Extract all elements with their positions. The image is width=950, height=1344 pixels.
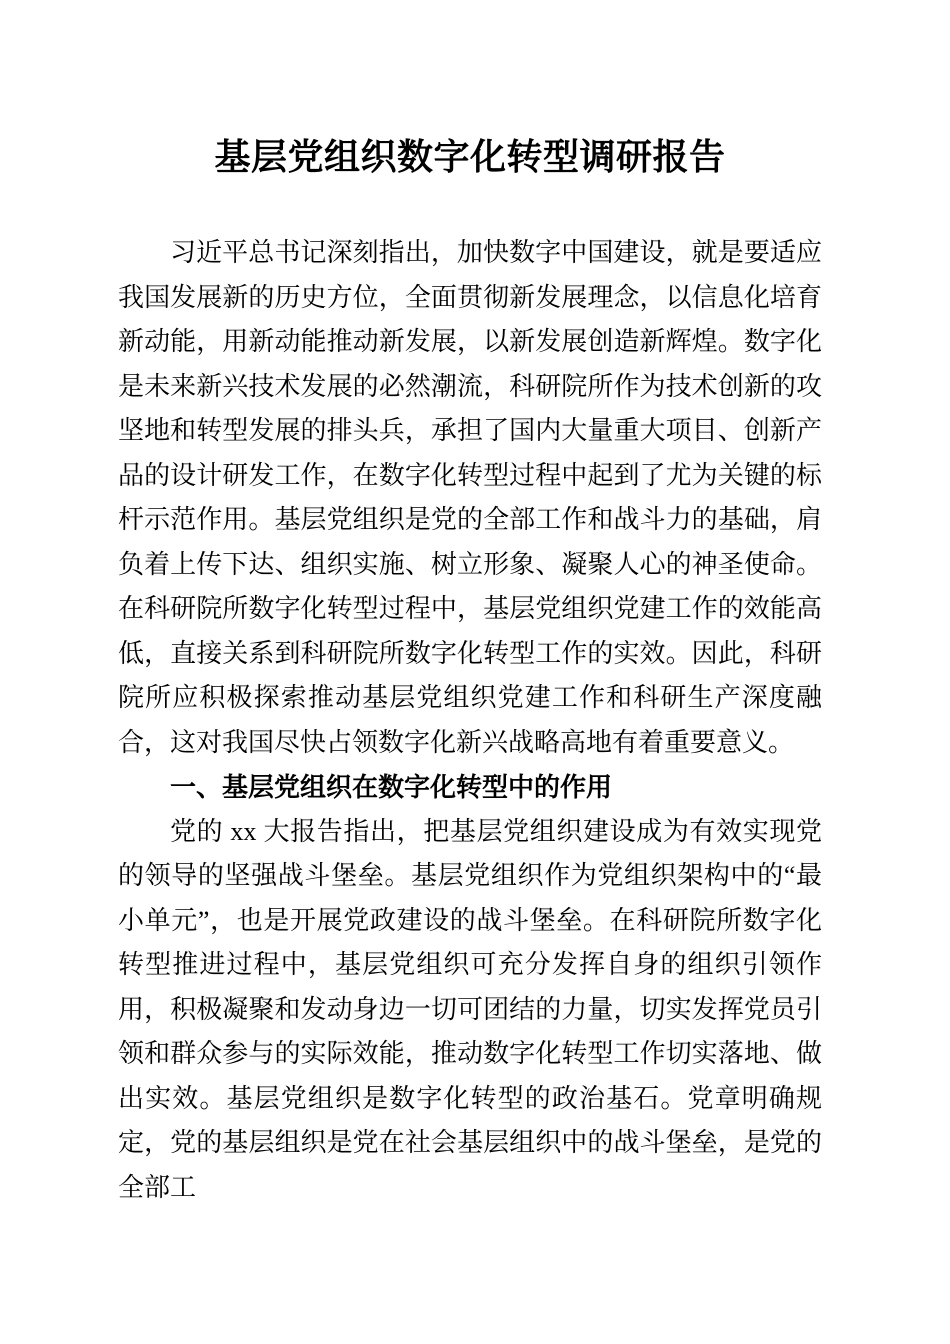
intro-paragraph: 习近平总书记深刻指出，加快数字中国建设，就是要适应我国发展新的历史方位，全面贯彻… — [118, 231, 822, 765]
document-content: 基层党组织数字化转型调研报告 习近平总书记深刻指出，加快数字中国建设，就是要适应… — [0, 132, 950, 1210]
document-body: 习近平总书记深刻指出，加快数字中国建设，就是要适应我国发展新的历史方位，全面贯彻… — [118, 231, 822, 1210]
document-page: 基层党组织数字化转型调研报告 习近平总书记深刻指出，加快数字中国建设，就是要适应… — [0, 0, 950, 1344]
section-1-paragraph: 党的 xx 大报告指出，把基层党组织建设成为有效实现党的领导的坚强战斗堡垒。基层… — [118, 810, 822, 1211]
document-title: 基层党组织数字化转型调研报告 — [118, 132, 822, 182]
section-1-heading: 一、基层党组织在数字化转型中的作用 — [118, 765, 822, 810]
